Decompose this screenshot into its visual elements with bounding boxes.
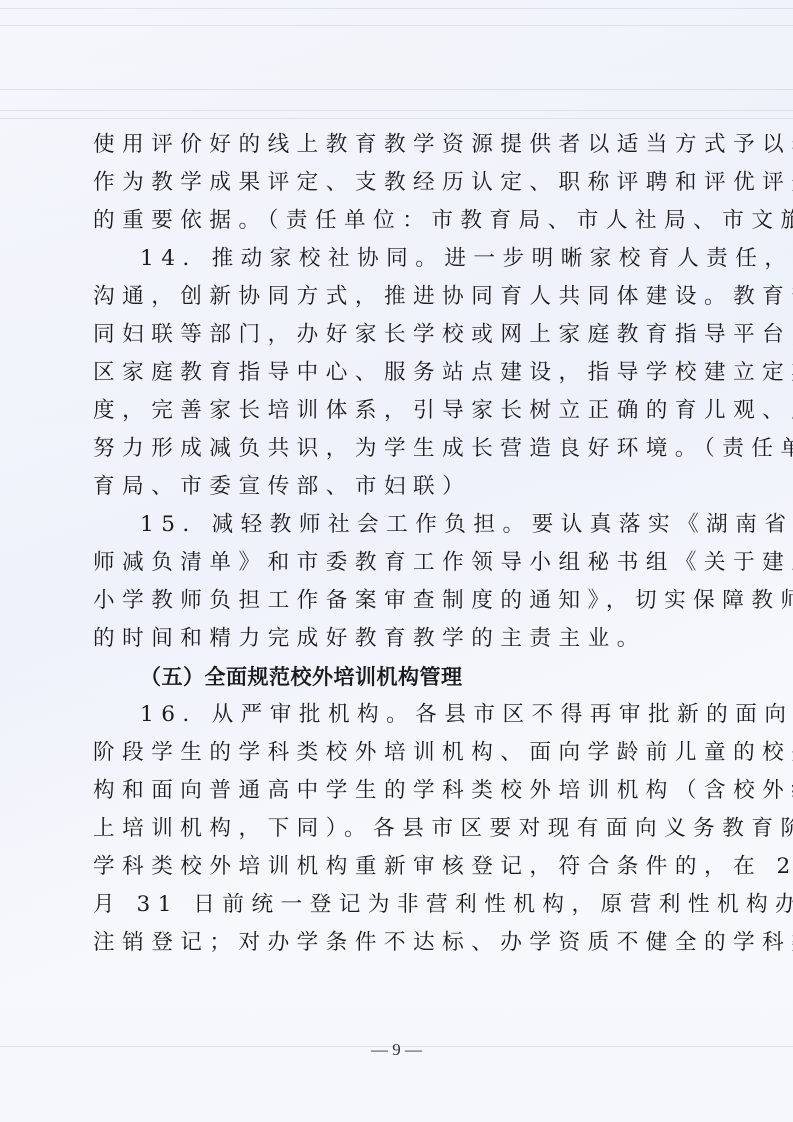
body-line: 阶段学生的学科类校外培训机构、面向学龄前儿童的校外培训机 [93,738,733,768]
body-line: 上培训机构，下同）。各县市区要对现有面向义务教育阶段学生的 [93,814,733,844]
page-number: — 9 — [0,1038,793,1062]
body-line: 小学教师负担工作备案审查制度的通知》，切实保障教师有足够 [93,586,733,616]
body-line: 度，完善家长培训体系，引导家长树立正确的育儿观、成才观， [93,396,733,426]
body-line: 沟通，创新协同方式，推进协同育人共同体建设。教育部门要会 [93,282,733,312]
body-line: 注销登记；对办学条件不达标、办学资质不健全的学科类培训机 [93,928,733,958]
body-line: 师减负清单》和市委教育工作领导小组秘书组《关于建立减轻中 [93,548,733,578]
body-line: 使用评价好的线上教育教学资源提供者以适当方式予以表扬，可 [93,130,733,160]
scan-artifact-line [0,25,793,26]
body-line: 的时间和精力完成好教育教学的主责主业。 [93,624,733,654]
scan-artifact-line [0,8,793,9]
body-line: 育局、市委宣传部、市妇联） [93,472,733,502]
body-line: 月 31 日前统一登记为非营利性机构，原营利性机构办理营业执照 [93,890,733,920]
body-line: 作为教学成果评定、支教经历认定、职称评聘和评优评先等方面 [93,168,733,198]
scan-artifact-line [0,110,793,111]
paragraph-16-start: 16．从严审批机构。各县市区不得再审批新的面向义务教育 [140,700,780,730]
body-line: 努力形成减负共识，为学生成长营造良好环境。（责任单位：市教 [93,434,733,464]
document-page: 使用评价好的线上教育教学资源提供者以适当方式予以表扬，可 作为教学成果评定、支教… [0,0,793,1122]
section-heading: （五）全面规范校外培训机构管理 [140,662,780,692]
body-line: 的重要依据。（责任单位：市教育局、市人社局、市文旅广体局） [93,206,733,236]
body-line: 区家庭教育指导中心、服务站点建设，指导学校建立定期家访制 [93,358,733,388]
scan-artifact-line [0,89,793,90]
paragraph-14-start: 14．推动家校社协同。进一步明晰家校育人责任，密切家校 [140,244,780,274]
body-line: 构和面向普通高中学生的学科类校外培训机构（含校外线下、线 [93,776,733,806]
body-line: 同妇联等部门，办好家长学校或网上家庭教育指导平台，推动社 [93,320,733,350]
body-line: 学科类校外培训机构重新审核登记，符合条件的，在 2021 年 12 [93,852,733,882]
scan-artifact-line [0,118,793,119]
paragraph-15-start: 15．减轻教师社会工作负担。要认真落实《湖南省中小学教 [140,510,780,540]
